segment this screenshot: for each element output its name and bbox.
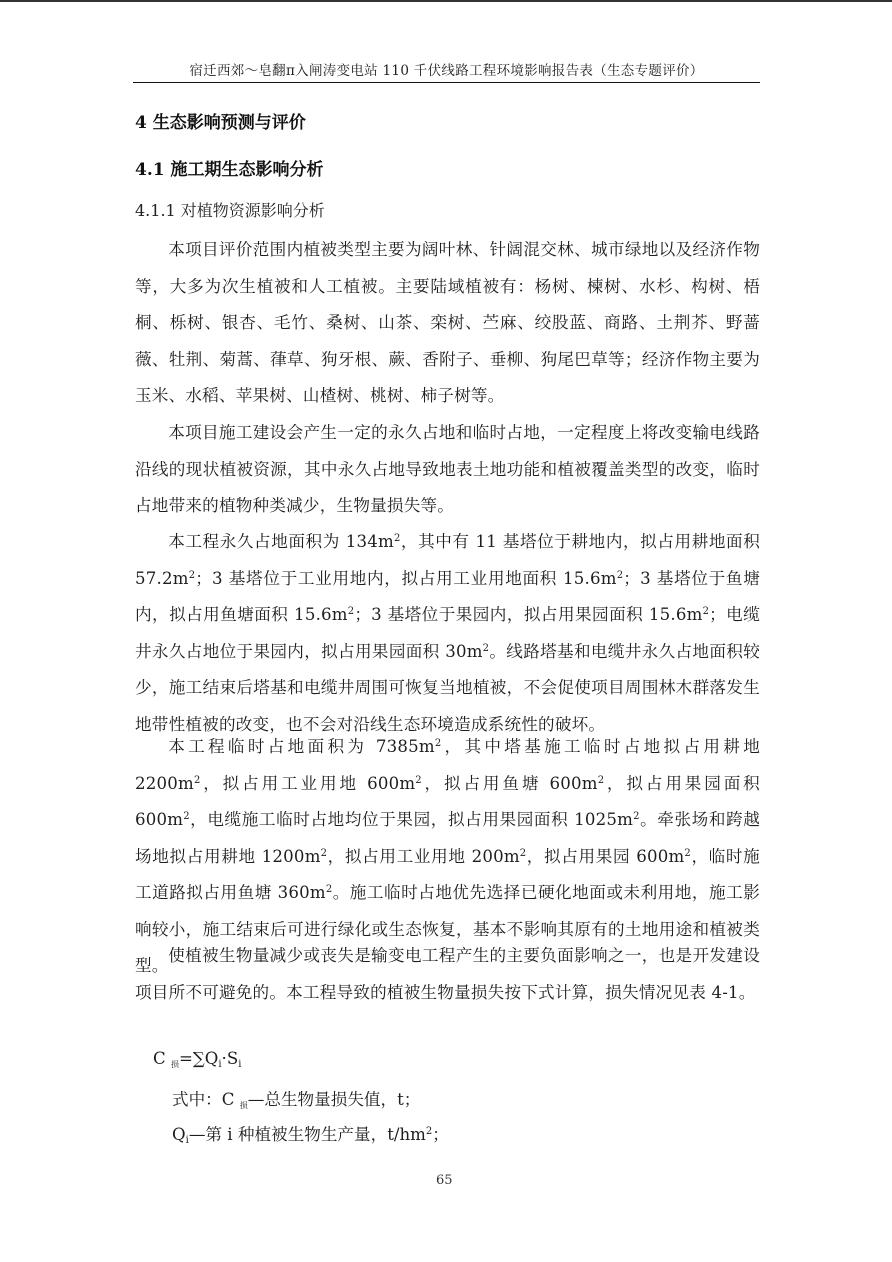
definition-subscript: 损	[240, 1101, 248, 1110]
text-segment: ；3 基塔位于工业用地内，拟占用工业用地面积 15.6m	[195, 569, 616, 588]
paragraph-biomass-loss: 使植被生物量减少或丧失是输变电工程产生的主要负面影响之一，也是开发建设项目所不可…	[135, 938, 760, 1011]
text-segment: 本工程临时占地面积为 7385m	[168, 737, 435, 756]
paragraph-text: 本项目施工建设会产生一定的永久占地和临时占地，一定程度上将改变输电线路沿线的现状…	[135, 415, 760, 525]
text-segment: ；3 基塔位于果园内，拟占用果园面积 15.6m	[354, 605, 702, 624]
definition-symbol: Q	[172, 1125, 186, 1144]
formula-s: ·S	[222, 1049, 239, 1068]
definition-text: —总生物量损失值，t；	[248, 1090, 421, 1109]
text-segment: ，拟占用鱼塘 600m	[422, 774, 598, 793]
definition-end: ；	[432, 1125, 449, 1144]
heading-section: 4.1 施工期生态影响分析	[135, 155, 324, 180]
heading-subsection: 4.1.1 对植物资源影响分析	[135, 198, 325, 221]
text-segment: ，拟占用工业用地 600m	[201, 774, 416, 793]
header-rule	[133, 82, 760, 83]
text-segment: ，拟占用果园 600m	[526, 847, 684, 866]
definition-text: —第 i 种植被生物生产量，t/hm	[189, 1125, 426, 1144]
paragraph-permanent-land: 本工程永久占地面积为 134m2，其中有 11 基塔位于耕地内，拟占用耕地面积 …	[135, 524, 760, 743]
page-number: 65	[436, 1173, 453, 1188]
paragraph-land-occupation: 本项目施工建设会产生一定的永久占地和临时占地，一定程度上将改变输电线路沿线的现状…	[135, 415, 760, 525]
text-segment: ，拟占用工业用地 200m	[327, 847, 520, 866]
definition-prefix: 式中：C	[172, 1090, 234, 1109]
paragraph-vegetation-types: 本项目评价范围内植被类型主要为阔叶林、针阔混交林、城市绿地以及经济作物等，大多为…	[135, 232, 760, 415]
paragraph-text: 本项目评价范围内植被类型主要为阔叶林、针阔混交林、城市绿地以及经济作物等，大多为…	[135, 232, 760, 415]
formula-lhs: C	[153, 1049, 166, 1068]
text-segment: 本工程永久占地面积为 134m	[168, 532, 394, 551]
biomass-formula: C 损=∑Qi·Si	[153, 1049, 241, 1070]
formula-sum: =∑Q	[179, 1049, 218, 1068]
formula-subscript-i: i	[238, 1059, 241, 1070]
heading-chapter: 4 生态影响预测与评价	[135, 108, 306, 133]
formula-lhs-subscript: 损	[171, 1060, 179, 1069]
formula-definition-c: 式中：C 损—总生物量损失值，t；	[172, 1086, 420, 1111]
running-header: 宿迁西郊～皂翻π入闸涛变电站 110 千伏线路工程环境影响报告表（生态专题评价）	[133, 62, 760, 80]
text-segment: ，电缆施工临时占地均位于果园，拟占用果园面积 1025m	[190, 810, 633, 829]
formula-definition-q: Qi—第 i 种植被生物生产量，t/hm2；	[172, 1121, 449, 1146]
paragraph-text: 本工程永久占地面积为 134m2，其中有 11 基塔位于耕地内，拟占用耕地面积 …	[135, 524, 760, 743]
top-border	[0, 0, 892, 2]
paragraph-text: 使植被生物量减少或丧失是输变电工程产生的主要负面影响之一，也是开发建设项目所不可…	[135, 938, 760, 1011]
